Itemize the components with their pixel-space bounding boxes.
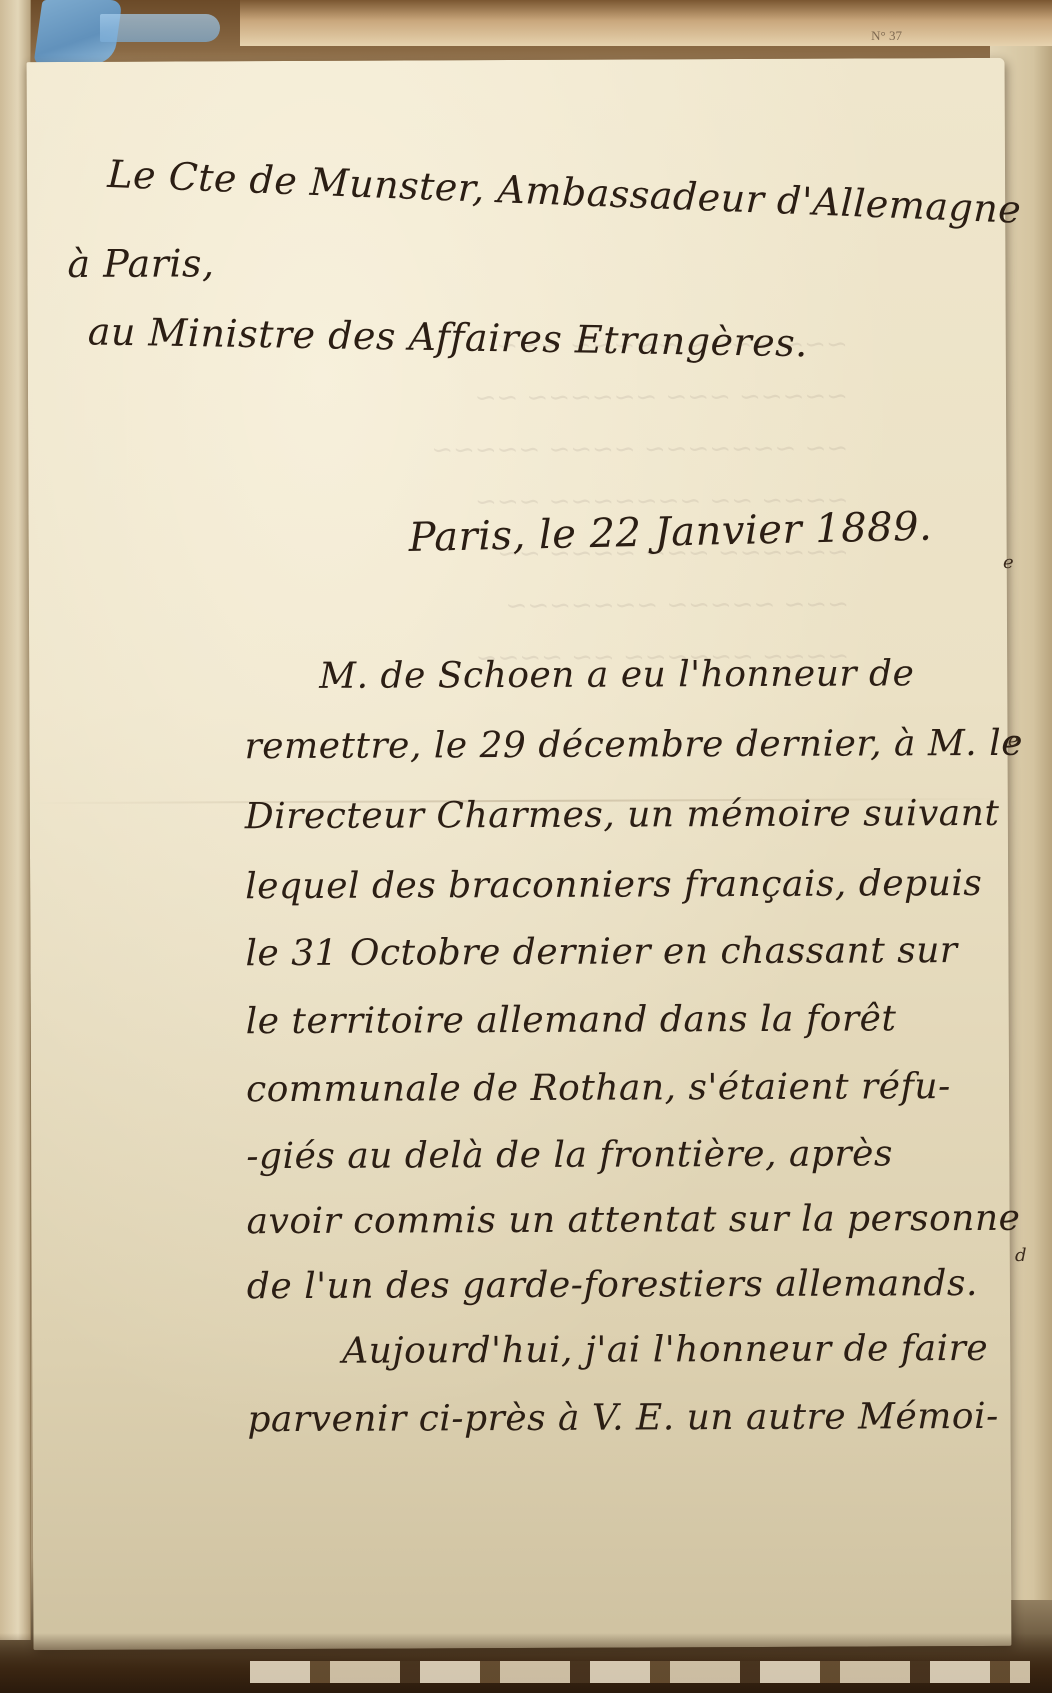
body-line-1: M. de Schoen a eu l'honneur de (319, 653, 914, 697)
margin-mark-2: e (1008, 730, 1019, 751)
body-line-2: remettre, le 29 décembre dernier, à M. l… (244, 723, 1023, 767)
header-recipient: au Ministre des Affaires Etrangères. (87, 309, 808, 365)
body-line-3: Directeur Charmes, un mémoire suivant (245, 793, 1000, 837)
body-line-12: parvenir ci-près à V. E. un autre Mémoi- (247, 1396, 998, 1440)
header-sender: Le Cte de Munster, Ambassadeur d'Allemag… (107, 152, 1023, 232)
body-line-10: de l'un des garde-forestiers allemands. (247, 1263, 978, 1307)
margin-mark-3: d (1015, 1245, 1027, 1266)
letter-date: Paris, le 22 Janvier 1889. (408, 504, 933, 561)
top-document-strip: N° 37 (240, 0, 1052, 46)
body-line-9: avoir commis un attentat sur la personne (247, 1198, 1021, 1242)
photo-scene: N° 37 ~~~ ~~~~ ~~~~~ ~~~ ~~~~~ ~~~ ~~~~~… (0, 0, 1052, 1693)
body-line-7: communale de Rothan, s'étaient réfu- (246, 1066, 951, 1110)
stacked-paper-edges (250, 1661, 1030, 1683)
body-line-8: -giés au delà de la frontière, après (246, 1133, 893, 1177)
body-line-6: le territoire allemand dans la forêt (246, 998, 897, 1042)
header-location: à Paris, (67, 241, 214, 286)
document-number: N° 37 (871, 28, 902, 44)
blue-ribbon-tail (100, 14, 220, 42)
body-line-11: Aujourd'hui, j'ai l'honneur de faire (342, 1328, 988, 1372)
margin-mark-1: e (1003, 552, 1014, 573)
body-line-5: le 31 Octobre dernier en chassant sur (245, 930, 957, 974)
letter-sheet: ~~~ ~~~~ ~~~~~ ~~~ ~~~~~ ~~~ ~~~~~~ ~~ ~… (27, 58, 1012, 1650)
body-line-4: lequel des braconniers français, depuis (245, 863, 982, 907)
